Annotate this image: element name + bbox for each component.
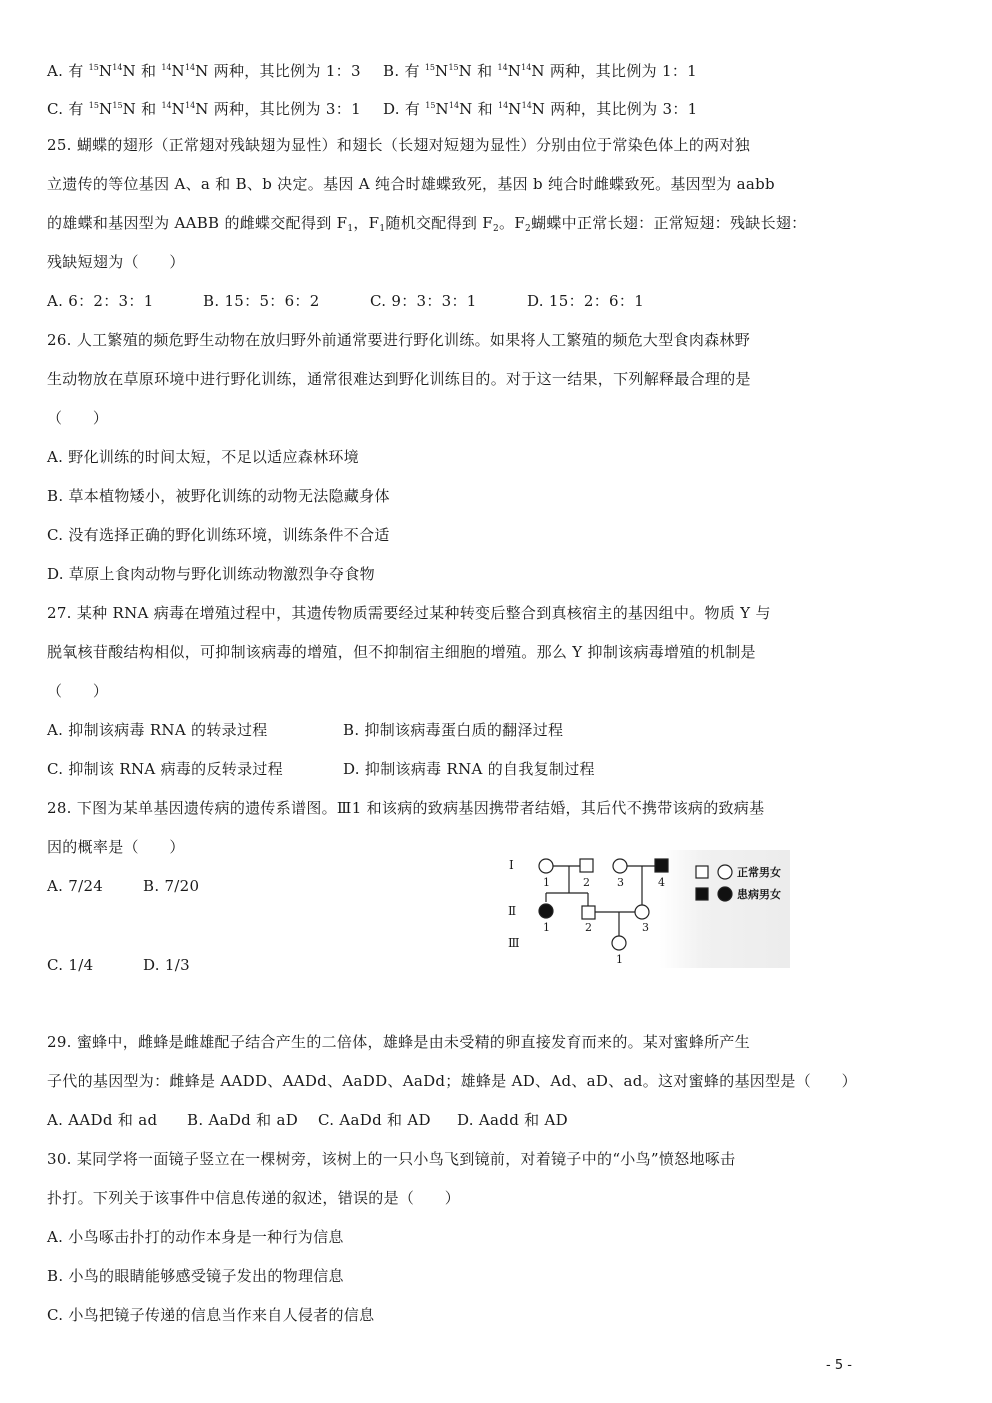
q26-option-a: A. 野化训练的时间太短，不足以适应森林环境 bbox=[47, 447, 359, 467]
isotope: 15 bbox=[112, 101, 122, 110]
q30-option-c: C. 小鸟把镜子传递的信息当作来自人侵者的信息 bbox=[47, 1305, 374, 1325]
q29-stem-line2: 子代的基因型为：雌蜂是 AADD、AADd、AaDD、AaDd；雄蜂是 AD、A… bbox=[47, 1071, 857, 1091]
label-I2: 2 bbox=[583, 876, 590, 889]
individual-II1-female-affected bbox=[539, 904, 553, 918]
label-II3: 3 bbox=[642, 921, 649, 934]
isotope: 14 bbox=[185, 101, 195, 110]
text: 和 bbox=[473, 100, 498, 118]
q28-option-a: A. 7/24 bbox=[47, 876, 103, 896]
text: 的雄蝶和基因型为 AABB 的雌蝶交配得到 F bbox=[47, 214, 347, 232]
individual-I2-male-normal bbox=[580, 859, 593, 872]
q25-stem-line4: 残缺短翅为（ ） bbox=[47, 252, 185, 272]
legend-male-affected bbox=[696, 888, 708, 900]
q28-stem-line2: 因的概率是（ ） bbox=[47, 837, 185, 857]
isotope: 14 bbox=[112, 63, 122, 72]
isotope: 14 bbox=[498, 63, 508, 72]
isotope: 14 bbox=[449, 101, 459, 110]
text: ，F bbox=[353, 214, 379, 232]
q25-option-d: D. 15：2：6：1 bbox=[527, 291, 644, 311]
isotope: 14 bbox=[161, 101, 171, 110]
q28-option-c: C. 1/4 bbox=[47, 955, 93, 975]
q26-stem-line1: 26. 人工繁殖的频危野生动物在放归野外前通常要进行野化训练。如果将人工繁殖的频… bbox=[47, 330, 750, 350]
text: D. 有 bbox=[383, 100, 425, 118]
generation-label-III: Ⅲ bbox=[508, 936, 520, 950]
q24-option-b: B. 有 15N15N 和 14N14N 两种，其比例为 1：1 bbox=[383, 58, 697, 81]
q29-stem-line1: 29. 蜜蜂中，雌蜂是雌雄配子结合产生的二倍体，雄蜂是由未受精的卵直接发育而来的… bbox=[47, 1032, 750, 1052]
q26-stem-line2: 生动物放在草原环境中进行野化训练，通常很难达到野化训练目的。对于这一结果，下列解… bbox=[47, 369, 751, 389]
text: 随机交配得到 F bbox=[385, 214, 493, 232]
text: 。F bbox=[499, 214, 525, 232]
label-I3: 3 bbox=[617, 876, 624, 889]
isotope: 14 bbox=[161, 63, 171, 72]
individual-III1-female-normal bbox=[612, 936, 626, 950]
isotope: 14 bbox=[522, 101, 532, 110]
generation-label-I: Ⅰ bbox=[509, 858, 514, 872]
individual-I3-female-normal bbox=[613, 859, 627, 873]
text: 两种，其比例为 3：1 bbox=[209, 100, 361, 118]
label-II2: 2 bbox=[585, 921, 592, 934]
q27-stem-line1: 27. 某种 RNA 病毒在增殖过程中，其遗传物质需要经过某种转变后整合到真核宿… bbox=[47, 603, 771, 623]
isotope: 15 bbox=[448, 63, 458, 72]
individual-II3-female-normal bbox=[635, 905, 649, 919]
text: 两种，其比例为 1：1 bbox=[545, 62, 697, 80]
legend-normal-label: 正常男女 bbox=[737, 864, 781, 880]
individual-II2-male-normal bbox=[582, 906, 595, 919]
q30-option-b: B. 小鸟的眼睛能够感受镜子发出的物理信息 bbox=[47, 1266, 344, 1286]
q24-option-d: D. 有 15N14N 和 14N14N 两种，其比例为 3：1 bbox=[383, 96, 697, 119]
generation-label-II: Ⅱ bbox=[508, 904, 516, 918]
text: C. 有 bbox=[47, 100, 89, 118]
isotope: 15 bbox=[89, 63, 99, 72]
isotope: 14 bbox=[185, 63, 195, 72]
q25-option-a: A. 6：2：3：1 bbox=[47, 291, 154, 311]
q24-option-a: A. 有 15N14N 和 14N14N 两种，其比例为 1：3 bbox=[47, 58, 361, 81]
q27-option-d: D. 抑制该病毒 RNA 的自我复制过程 bbox=[343, 759, 595, 779]
legend-female-affected bbox=[718, 887, 732, 901]
q28-option-d: D. 1/3 bbox=[143, 955, 190, 975]
q25-stem-line3: 的雄蝶和基因型为 AABB 的雌蝶交配得到 F1，F1随机交配得到 F2。F2蝴… bbox=[47, 213, 806, 239]
q27-option-c: C. 抑制该 RNA 病毒的反转录过程 bbox=[47, 759, 283, 779]
label-I4: 4 bbox=[658, 876, 665, 889]
individual-I4-male-affected bbox=[655, 859, 668, 872]
isotope: 15 bbox=[425, 63, 435, 72]
pedigree-chart: Ⅰ Ⅱ Ⅲ 1 2 3 4 1 2 3 1 正常男女 患病男女 bbox=[500, 850, 790, 968]
q24-option-c: C. 有 15N15N 和 14N14N 两种，其比例为 3：1 bbox=[47, 96, 361, 119]
q25-option-c: C. 9：3：3：1 bbox=[370, 291, 477, 311]
legend-female-normal bbox=[718, 865, 732, 879]
label-II1: 1 bbox=[543, 921, 550, 934]
text: 两种，其比例为 1：3 bbox=[209, 62, 361, 80]
q27-option-b: B. 抑制该病毒蛋白质的翻泽过程 bbox=[343, 720, 563, 740]
q30-stem-line2: 扑打。下列关于该事件中信息传递的叙述，错误的是（ ） bbox=[47, 1188, 460, 1208]
q29-option-c: C. AaDd 和 AD bbox=[318, 1110, 431, 1130]
label-I1: 1 bbox=[543, 876, 550, 889]
q27-option-a: A. 抑制该病毒 RNA 的转录过程 bbox=[47, 720, 268, 740]
isotope: 15 bbox=[89, 101, 99, 110]
isotope: 14 bbox=[498, 101, 508, 110]
q29-option-a: A. AADd 和 ad bbox=[47, 1110, 157, 1130]
text: 两种，其比例为 3：1 bbox=[545, 100, 697, 118]
text: 蝴蝶中正常长翅：正常短翅：残缺长翅： bbox=[531, 214, 806, 232]
text: A. 有 bbox=[47, 62, 89, 80]
q28-option-b: B. 7/20 bbox=[143, 876, 199, 896]
q30-stem-line1: 30. 某同学将一面镜子竖立在一棵树旁，该树上的一只小鸟飞到镜前，对着镜子中的“… bbox=[47, 1149, 735, 1169]
q26-stem-line3: （ ） bbox=[47, 408, 108, 428]
text: 和 bbox=[136, 62, 161, 80]
q29-option-d: D. Aadd 和 AD bbox=[457, 1110, 568, 1130]
q25-option-b: B. 15：5：6：2 bbox=[203, 291, 320, 311]
text: B. 有 bbox=[383, 62, 425, 80]
text: 和 bbox=[136, 100, 161, 118]
page-number: - 5 - bbox=[826, 1358, 852, 1373]
q25-stem-line2: 立遗传的等位基因 A、a 和 B、b 决定。基因 A 纯合时雄蝶致死，基因 b … bbox=[47, 174, 775, 194]
q26-option-c: C. 没有选择正确的野化训练环境，训练条件不合适 bbox=[47, 525, 390, 545]
q27-stem-line3: （ ） bbox=[47, 681, 108, 701]
isotope: 14 bbox=[521, 63, 531, 72]
q25-stem-line1: 25. 蝴蝶的翅形（正常翅对残缺翅为显性）和翅长（长翅对短翅为显性）分别由位于常… bbox=[47, 135, 750, 155]
q26-option-b: B. 草本植物矮小，被野化训练的动物无法隐藏身体 bbox=[47, 486, 390, 506]
q29-option-b: B. AaDd 和 aD bbox=[187, 1110, 298, 1130]
label-III1: 1 bbox=[616, 953, 623, 966]
isotope: 15 bbox=[425, 101, 435, 110]
q30-option-a: A. 小鸟啄击扑打的动作本身是一种行为信息 bbox=[47, 1227, 344, 1247]
q28-stem-line1: 28. 下图为某单基因遗传病的遗传系谱图。Ⅲ1 和该病的致病基因携带者结婚，其后… bbox=[47, 798, 764, 818]
text: 和 bbox=[472, 62, 497, 80]
legend-affected-label: 患病男女 bbox=[737, 886, 781, 902]
q27-stem-line2: 脱氧核苷酸结构相似，可抑制该病毒的增殖，但不抑制宿主细胞的增殖。那么 Y 抑制该… bbox=[47, 642, 756, 662]
individual-I1-female-normal bbox=[539, 859, 553, 873]
q26-option-d: D. 草原上食肉动物与野化训练动物激烈争夺食物 bbox=[47, 564, 375, 584]
legend-male-normal bbox=[696, 866, 708, 878]
